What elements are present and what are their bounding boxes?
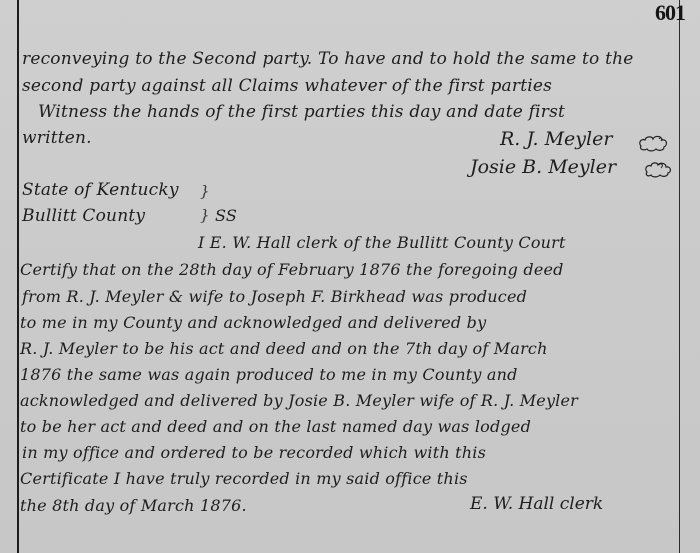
certificate-line-8: to be her act and deed and on the last n…	[20, 417, 531, 436]
seal-mark-icon	[642, 159, 674, 179]
clerk-signature: E. W. Hall clerk	[470, 494, 603, 514]
venue-county: Bullitt County	[22, 206, 145, 226]
signature-josie-b-meyler: Josie B. Meyler	[470, 156, 616, 178]
certificate-line-5: R. J. Meyler to be his act and deed and …	[20, 339, 548, 358]
certificate-line-6: 1876 the same was again produced to me i…	[20, 365, 518, 384]
brace-mark: }	[200, 206, 210, 224]
right-margin-rule	[679, 0, 680, 553]
ledger-page: 601 reconveying to the Second party. To …	[0, 0, 700, 553]
certificate-line-2: Certify that on the 28th day of February…	[20, 260, 564, 279]
deed-line-3: Witness the hands of the first parties t…	[38, 102, 565, 122]
deed-line-4: written.	[22, 128, 92, 148]
certificate-line-1: I E. W. Hall clerk of the Bullitt County…	[198, 233, 566, 252]
certificate-line-7: acknowledged and delivered by Josie B. M…	[20, 391, 578, 410]
certificate-line-3: from R. J. Meyler & wife to Joseph F. Bi…	[22, 287, 527, 306]
signature-rj-meyler: R. J. Meyler	[500, 128, 612, 150]
page-number: 601	[655, 0, 685, 26]
brace-mark: }	[200, 182, 210, 200]
seal-mark-icon	[637, 134, 669, 154]
certificate-line-11: the 8th day of March 1876.	[20, 496, 247, 515]
venue-state: State of Kentucky	[22, 180, 179, 200]
certificate-line-10: Certificate I have truly recorded in my …	[20, 469, 468, 488]
deed-line-2: second party against all Claims whatever…	[22, 76, 552, 96]
venue-scilicet: SS	[215, 206, 237, 225]
deed-line-1: reconveying to the Second party. To have…	[22, 49, 634, 69]
certificate-line-9: in my office and ordered to be recorded …	[22, 443, 486, 462]
certificate-line-4: to me in my County and acknowledged and …	[20, 313, 486, 332]
left-margin-rule	[17, 0, 19, 553]
